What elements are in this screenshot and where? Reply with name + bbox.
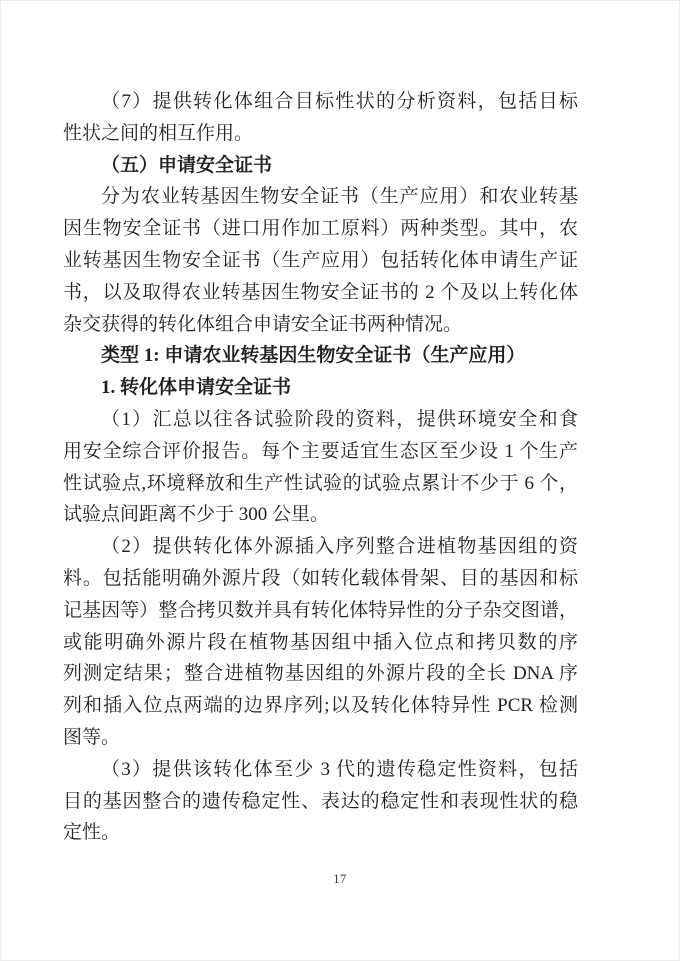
paragraph-line: 用安全综合评价报告。每个主要适宜生态区至少设 1 个生产 bbox=[63, 436, 578, 468]
paragraph-line: 杂交获得的转化体组合申请安全证书两种情况。 bbox=[63, 309, 578, 341]
paragraph-line: 试验点间距离不少于 300 公里。 bbox=[63, 499, 578, 531]
page-number: 17 bbox=[0, 872, 680, 887]
document-text: （7）提供转化体组合目标性状的分析资料，包括目标 性状之间的相互作用。 （五）申… bbox=[63, 86, 578, 849]
section-heading-line: 1. 转化体申请安全证书 bbox=[63, 372, 578, 404]
paragraph-line: 业转基因生物安全证书（生产应用）包括转化体申请生产证 bbox=[63, 245, 578, 277]
paragraph-line: （2）提供转化体外源插入序列整合进植物基因组的资 bbox=[63, 531, 578, 563]
section-heading-line: （五）申请安全证书 bbox=[63, 150, 578, 182]
paragraph-line: 性状之间的相互作用。 bbox=[63, 118, 578, 150]
paragraph-line: （7）提供转化体组合目标性状的分析资料，包括目标 bbox=[63, 86, 578, 118]
paragraph-line: （3）提供该转化体至少 3 代的遗传稳定性资料，包括 bbox=[63, 754, 578, 786]
paragraph-line: 因生物安全证书（进口用作加工原料）两种类型。其中，农 bbox=[63, 213, 578, 245]
paragraph-line: 列测定结果；整合进植物基因组的外源片段的全长 DNA 序 bbox=[63, 658, 578, 690]
paragraph-line: （1）汇总以往各试验阶段的资料，提供环境安全和食 bbox=[63, 404, 578, 436]
paragraph-line: 图等。 bbox=[63, 722, 578, 754]
paragraph-line: 料。包括能明确外源片段（如转化载体骨架、目的基因和标 bbox=[63, 563, 578, 595]
paragraph-line: 列和插入位点两端的边界序列;以及转化体特异性 PCR 检测 bbox=[63, 690, 578, 722]
section-heading-line: 类型 1: 申请农业转基因生物安全证书（生产应用） bbox=[63, 340, 578, 372]
paragraph-line: 定性。 bbox=[63, 817, 578, 849]
paragraph-line: 性试验点,环境释放和生产性试验的试验点累计不少于 6 个， bbox=[63, 468, 578, 500]
document-page: （7）提供转化体组合目标性状的分析资料，包括目标 性状之间的相互作用。 （五）申… bbox=[0, 0, 680, 961]
paragraph-line: 分为农业转基因生物安全证书（生产应用）和农业转基 bbox=[63, 181, 578, 213]
paragraph-line: 或能明确外源片段在植物基因组中插入位点和拷贝数的序 bbox=[63, 627, 578, 659]
paragraph-line: 目的基因整合的遗传稳定性、表达的稳定性和表现性状的稳 bbox=[63, 786, 578, 818]
paragraph-line: 书，以及取得农业转基因生物安全证书的 2 个及以上转化体 bbox=[63, 277, 578, 309]
paragraph-line: 记基因等）整合拷贝数并具有转化体特异性的分子杂交图谱， bbox=[63, 595, 578, 627]
